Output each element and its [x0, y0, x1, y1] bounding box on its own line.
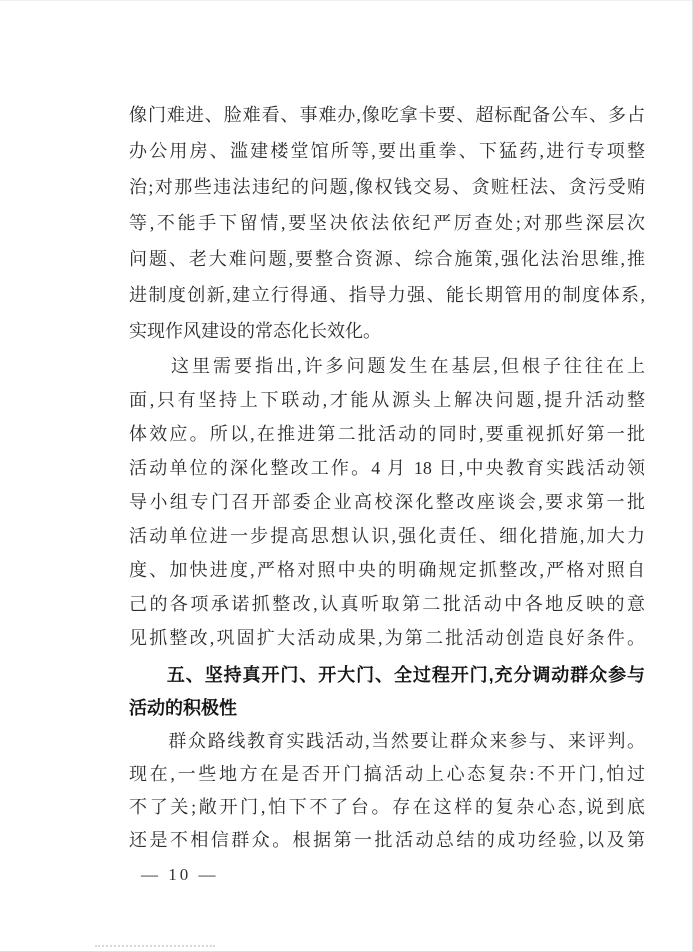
text-line: 己的各项承诺抓整改,认真听取第二批活动中各地反映的意	[129, 587, 645, 621]
text-column: 像门难进、脸难看、事难办,像吃拿卡要、超标配备公车、多占办公用房、滥建楼堂馆所等…	[129, 97, 645, 890]
text-line: 群众路线教育实践活动,当然要让群众来参与、来评判。	[129, 725, 645, 758]
paragraph-3: 群众路线教育实践活动,当然要让群众来参与、来评判。现在,一些地方在是否开门搞活动…	[129, 725, 645, 857]
text-line: 进制度创新,建立行得通、指导力强、能长期管用的制度体系,	[129, 277, 645, 313]
text-line: 见抓整改,巩固扩大活动成果,为第二批活动创造良好条件。	[129, 621, 645, 655]
text-line: 这里需要指出,许多问题发生在基层,但根子往往在上	[129, 349, 645, 383]
text-line: 活动单位进一步提高思想认识,强化责任、细化措施,加大力	[129, 519, 645, 553]
text-line: 实现作风建设的常态化长效化。	[129, 313, 645, 349]
section-heading: 五、坚持真开门、开大门、全过程开门,充分调动群众参与活动的积极性	[129, 659, 645, 725]
text-line: 体效应。所以,在推进第二批活动的同时,要重视抓好第一批	[129, 417, 645, 451]
document-page: 像门难进、脸难看、事难办,像吃拿卡要、超标配备公车、多占办公用房、滥建楼堂馆所等…	[0, 0, 693, 952]
scan-artifact	[95, 945, 215, 947]
text-line: 活动的积极性	[129, 692, 645, 725]
text-line: 还是不相信群众。根据第一批活动总结的成功经验,以及第	[129, 824, 645, 857]
text-line: 现在,一些地方在是否开门搞活动上心态复杂:不开门,怕过	[129, 758, 645, 791]
text-line: 五、坚持真开门、开大门、全过程开门,充分调动群众参与	[129, 659, 645, 692]
page-number: — 10 —	[129, 860, 645, 890]
text-line: 活动单位的深化整改工作。4 月 18 日,中央教育实践活动领	[129, 451, 645, 485]
text-line: 面,只有坚持上下联动,才能从源头上解决问题,提升活动整	[129, 383, 645, 417]
text-line: 像门难进、脸难看、事难办,像吃拿卡要、超标配备公车、多占	[129, 97, 645, 133]
text-line: 治;对那些违法违纪的问题,像权钱交易、贪赃枉法、贪污受贿	[129, 169, 645, 205]
text-line: 等,不能手下留情,要坚决依法依纪严厉查处;对那些深层次	[129, 205, 645, 241]
paragraph-2: 这里需要指出,许多问题发生在基层,但根子往往在上面,只有坚持上下联动,才能从源头…	[129, 349, 645, 655]
text-line: 度、加快进度,严格对照中央的明确规定抓整改,严格对照自	[129, 553, 645, 587]
paragraph-continued: 像门难进、脸难看、事难办,像吃拿卡要、超标配备公车、多占办公用房、滥建楼堂馆所等…	[129, 97, 645, 349]
text-line: 不了关;敞开门,怕下不了台。存在这样的复杂心态,说到底	[129, 791, 645, 824]
text-line: 办公用房、滥建楼堂馆所等,要出重拳、下猛药,进行专项整	[129, 133, 645, 169]
text-line: 导小组专门召开部委企业高校深化整改座谈会,要求第一批	[129, 485, 645, 519]
text-line: 问题、老大难问题,要整合资源、综合施策,强化法治思维,推	[129, 241, 645, 277]
